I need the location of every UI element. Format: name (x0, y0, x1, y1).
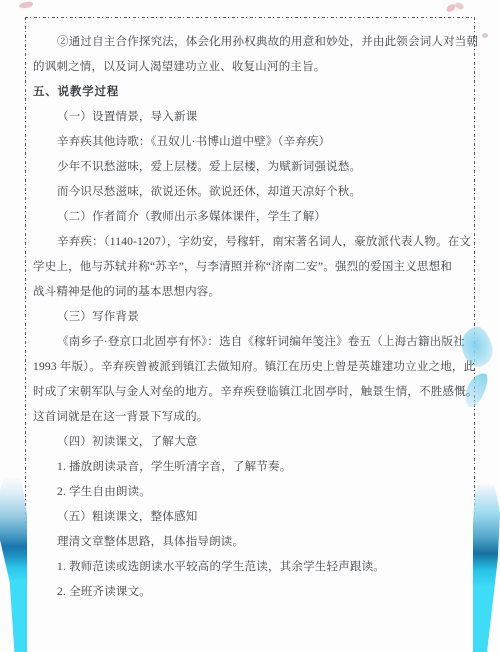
text-line: 这首词就是在这一背景下写成的。 (33, 405, 464, 430)
section-heading: 五、说教学过程 (33, 80, 464, 105)
watercolor-splash-left (0, 476, 27, 652)
text-line: （四）初读课文，了解大意 (33, 430, 464, 455)
pink-dot-icon (482, 33, 488, 38)
text-line: 学史上，他与苏轼并称“苏辛”，与李清照并称“济南二安”。强烈的爱国主义思想和 (33, 255, 464, 280)
text-line: 1993 年版）。辛弃疾曾被派到镇江去做知府。镇江在历史上曾是英雄建功立业之地，… (33, 355, 464, 380)
page-border-right (474, 17, 475, 652)
text-line: 而今识尽愁滋味，欲说还休。欲说还休，却道天凉好个秋。 (33, 180, 464, 205)
text-line: 1. 播放朗读录音，学生听清字音，了解节奏。 (33, 455, 464, 480)
page-border-left (25, 17, 26, 652)
text-line: 《南乡子·登京口北固亭有怀》：选自《稼轩词编年笺注》卷五（上海古籍出版社 (33, 330, 464, 355)
pink-butterfly-icon (446, 1, 466, 15)
text-line: 1. 教师范读或选朗读水平较高的学生范读，其余学生轻声跟读。 (33, 555, 464, 580)
document-lines: ②通过自主合作探究法，体会化用孙权典故的用意和妙处，并由此领会词人对当朝的讽刺之… (33, 30, 464, 605)
text-line: 2. 学生自由朗读。 (33, 480, 464, 505)
pink-brushstroke-icon (19, 1, 34, 9)
text-line: （五）粗读课文，整体感知 (33, 505, 464, 530)
text-line: 战斗精神是他的词的基本思想内容。 (33, 280, 464, 305)
text-line: （二）作者简介（教师出示多媒体课件，学生了解） (33, 205, 464, 230)
text-line: ②通过自主合作探究法，体会化用孙权典故的用意和妙处，并由此领会词人对当朝 (33, 30, 464, 55)
text-line: 理清文章整体思路，具体指导朗读。 (33, 530, 464, 555)
text-line: 辛弃疾其他诗歌：《丑奴儿·书博山道中壁》（辛弃疾） (33, 130, 464, 155)
text-line: 辛弃疾：（1140-1207），字幼安，号稼轩，南宋著名词人，豪放派代表人物。在… (33, 230, 464, 255)
text-line: 时成了宋朝军队与金人对垒的地方。辛弃疾登临镇江北固亭时，触景生情，不胜感慨。 (33, 380, 464, 405)
text-line: （一）设置情景，导入新课 (33, 105, 464, 130)
text-line: 的讽刺之情，以及词人渴望建功立业、收复山河的主旨。 (33, 55, 464, 80)
text-line: （三）写作背景 (33, 305, 464, 330)
text-line: 2. 全班齐读课文。 (33, 580, 464, 605)
page-border-top (25, 17, 475, 18)
watercolor-splash-right (473, 482, 500, 652)
document-page: { "theme": { "page_bg": "#fdfdfd", "text… (0, 0, 500, 652)
text-line: 少年不识愁滋味，爱上层楼。爱上层楼，为赋新词强说愁。 (33, 155, 464, 180)
